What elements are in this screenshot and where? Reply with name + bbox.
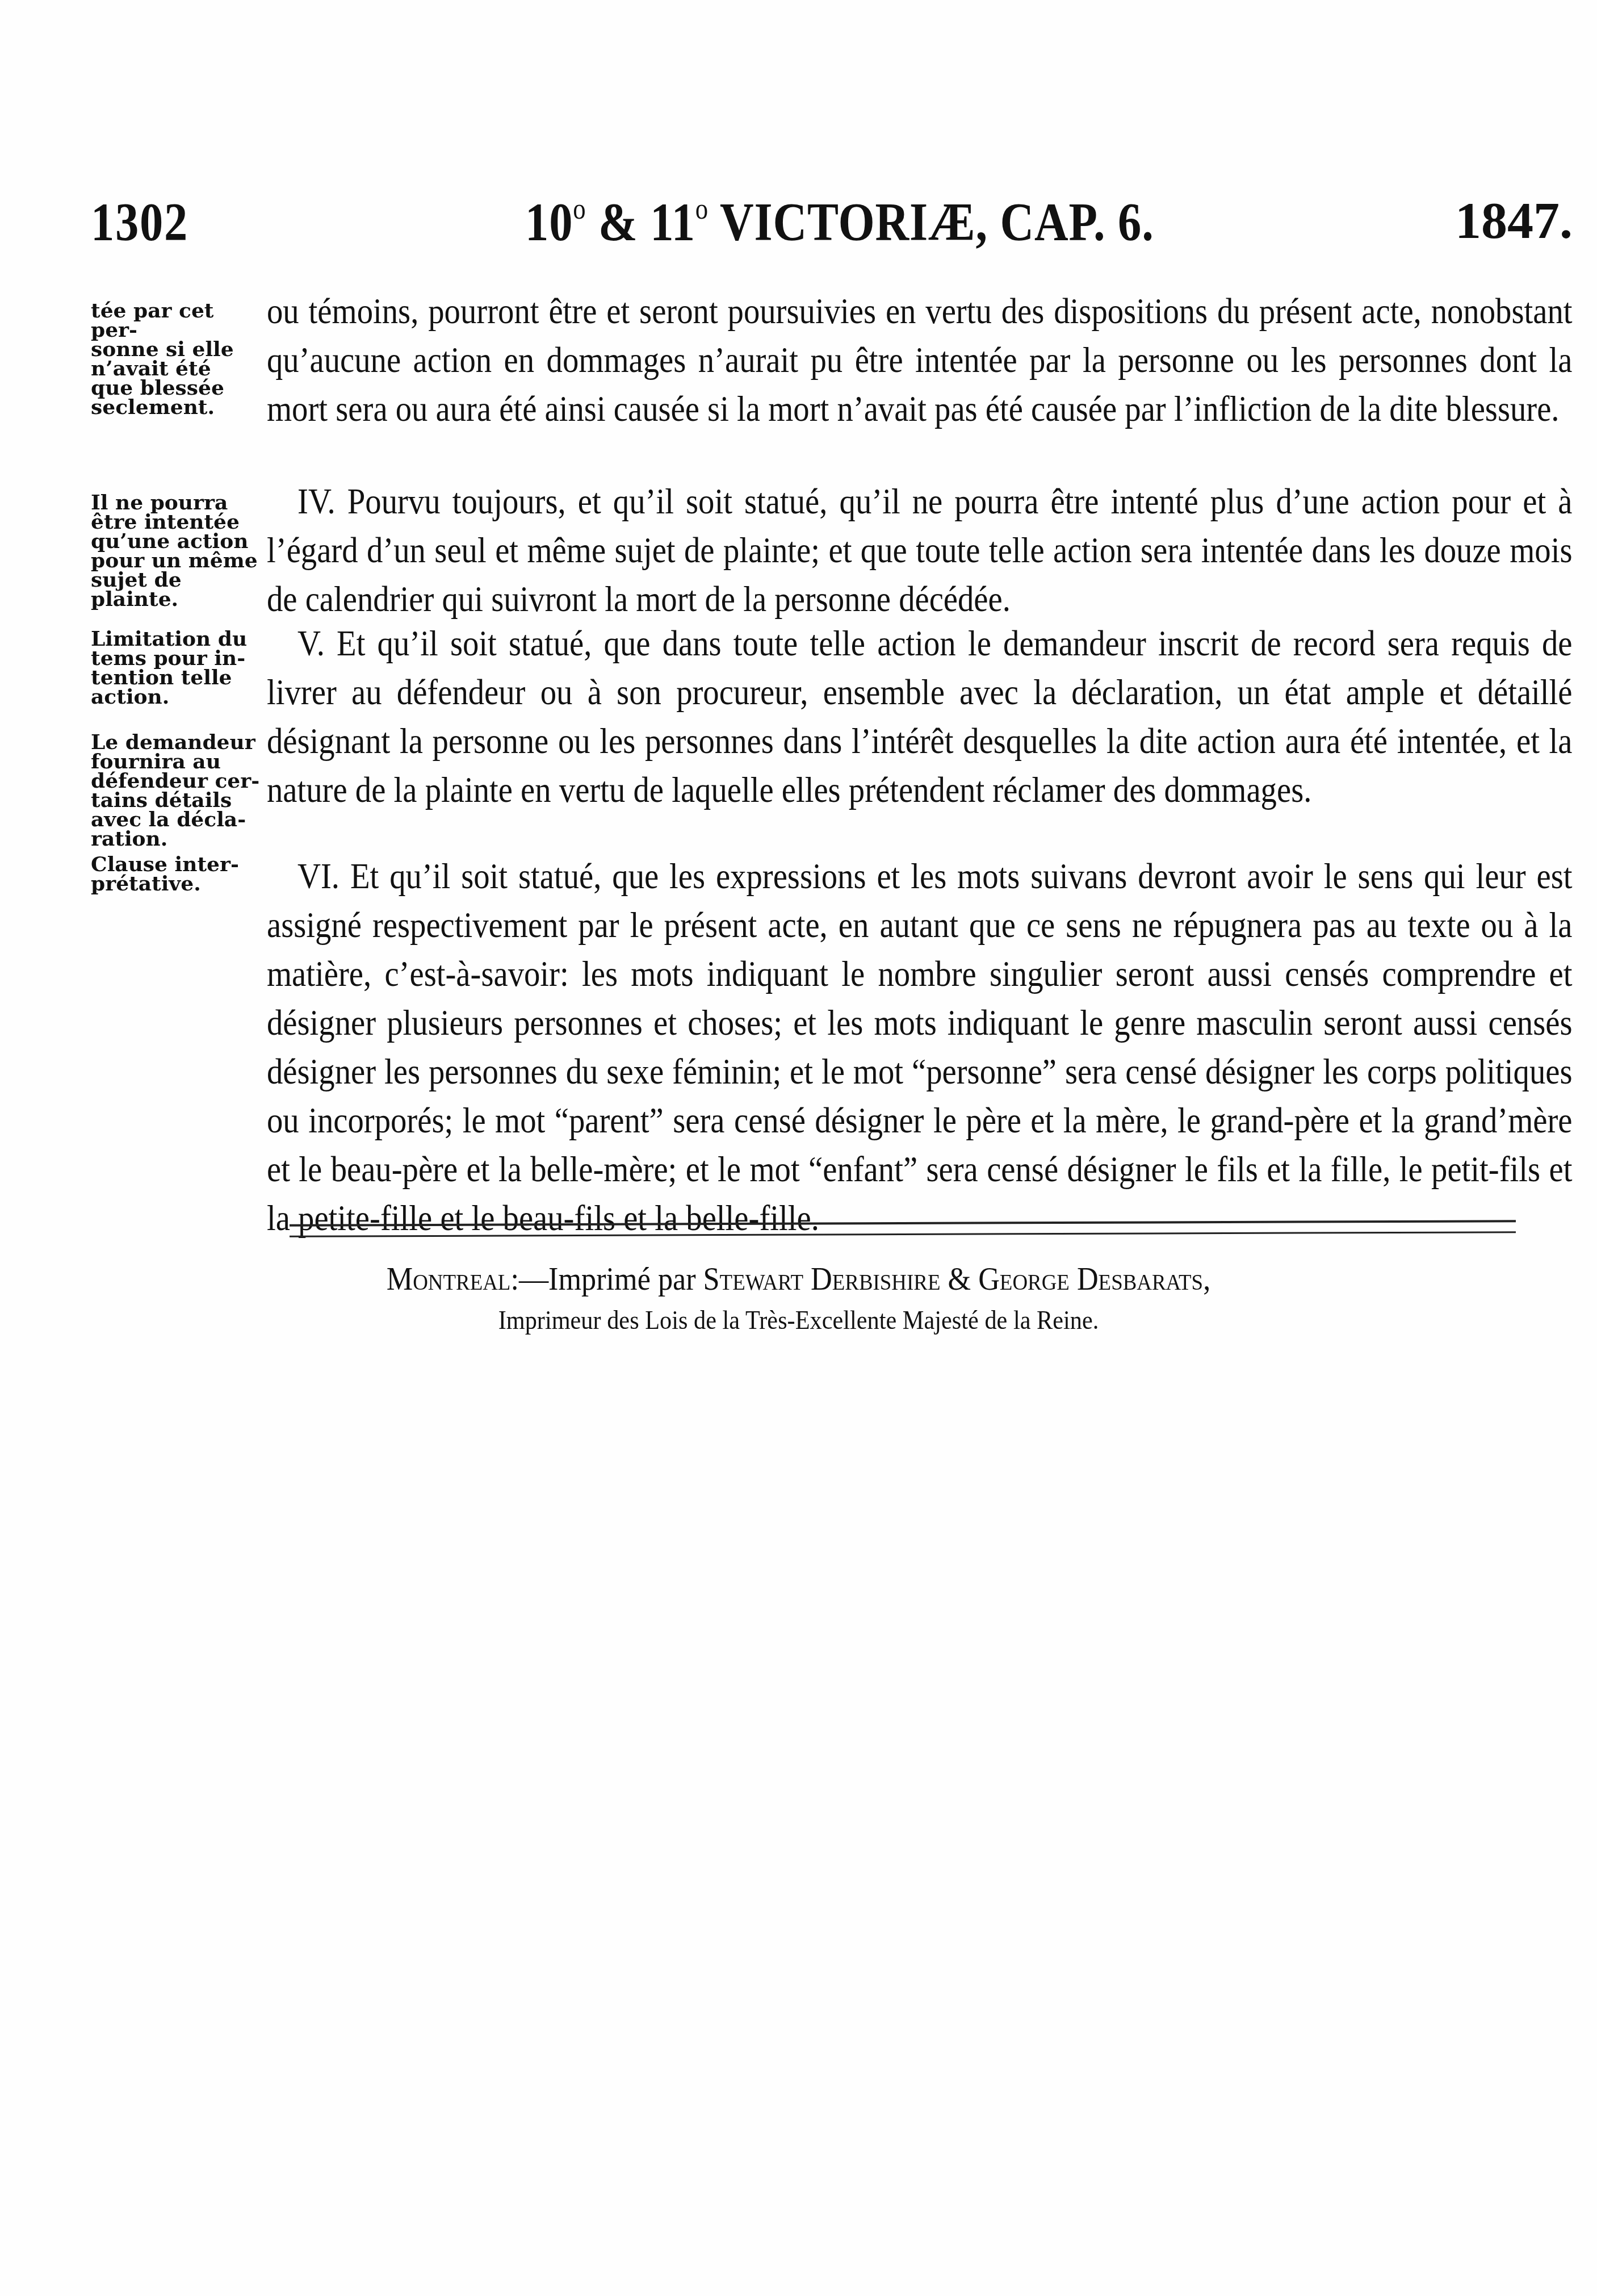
running-header: 1302 10o & 11o VICTORIÆ, CAP. 6. 1847. xyxy=(91,190,1573,253)
imprint-separator: :— xyxy=(510,1260,548,1297)
regnal-year-a: 10 xyxy=(525,191,573,252)
section-vi: VI. Et qu’il soit statué, que les expres… xyxy=(267,852,1573,1243)
page-number: 1302 xyxy=(91,190,188,253)
body-paragraph-continuation: ou témoins, pourront être et seront pour… xyxy=(267,287,1573,433)
margin-note-text: tée par cet per- sonne si elle n’avait é… xyxy=(91,301,261,417)
imprint-line-2: Imprimeur des Lois de la Très-Excellente… xyxy=(64,1305,1533,1335)
margin-note-text: Limitation du tems pour in- tention tell… xyxy=(91,629,261,706)
statute-chapter: VICTORIÆ, CAP. 6. xyxy=(720,191,1154,252)
imprint-place: Montreal xyxy=(387,1260,511,1297)
imprint-printed-by: Imprimé par xyxy=(548,1260,695,1297)
imprint-printer-1: Stewart Derbishire xyxy=(703,1260,941,1297)
year: 1847. xyxy=(1455,190,1573,250)
imprint-printer-2: George Desbarats, xyxy=(978,1260,1210,1297)
ordinal-mark: o xyxy=(695,193,709,225)
paragraph-text: IV. Pourvu toujours, et qu’il soit statu… xyxy=(267,477,1573,624)
imprint-royal-printer: Imprimeur des Lois de la Très-Excellente… xyxy=(498,1306,1099,1335)
margin-note: Limitation du tems pour in- tention tell… xyxy=(91,629,261,706)
margin-note: Clause inter- prétative. xyxy=(91,855,261,893)
margin-note: Il ne pourra être intentée qu’une action… xyxy=(91,493,261,609)
margin-note-text: Il ne pourra être intentée qu’une action… xyxy=(91,493,261,609)
ordinal-mark: o xyxy=(573,193,586,225)
regnal-year-b: 11 xyxy=(650,191,695,252)
margin-note-text: Clause inter- prétative. xyxy=(91,855,261,893)
section-iv: IV. Pourvu toujours, et qu’il soit statu… xyxy=(267,477,1573,624)
section-v: V. Et qu’il soit statué, que dans toute … xyxy=(267,619,1573,814)
statute-title: 10o & 11o VICTORIÆ, CAP. 6. xyxy=(525,190,1154,253)
document-page: 1302 10o & 11o VICTORIÆ, CAP. 6. 1847. t… xyxy=(0,0,1597,2296)
ampersand: & xyxy=(598,191,638,252)
paragraph-text: ou témoins, pourront être et seront pour… xyxy=(267,287,1573,433)
paragraph-text: V. Et qu’il soit statué, que dans toute … xyxy=(267,619,1573,814)
margin-note-text: Le demandeur fournira au défendeur cer- … xyxy=(91,733,261,848)
paragraph-text: VI. Et qu’il soit statué, que les expres… xyxy=(267,852,1573,1243)
imprint-line-1: Montreal:—Imprimé par Stewart Derbishire… xyxy=(80,1260,1518,1298)
margin-note: Le demandeur fournira au défendeur cer- … xyxy=(91,733,261,848)
imprint-and: & xyxy=(948,1260,971,1297)
margin-note: tée par cet per- sonne si elle n’avait é… xyxy=(91,301,261,417)
